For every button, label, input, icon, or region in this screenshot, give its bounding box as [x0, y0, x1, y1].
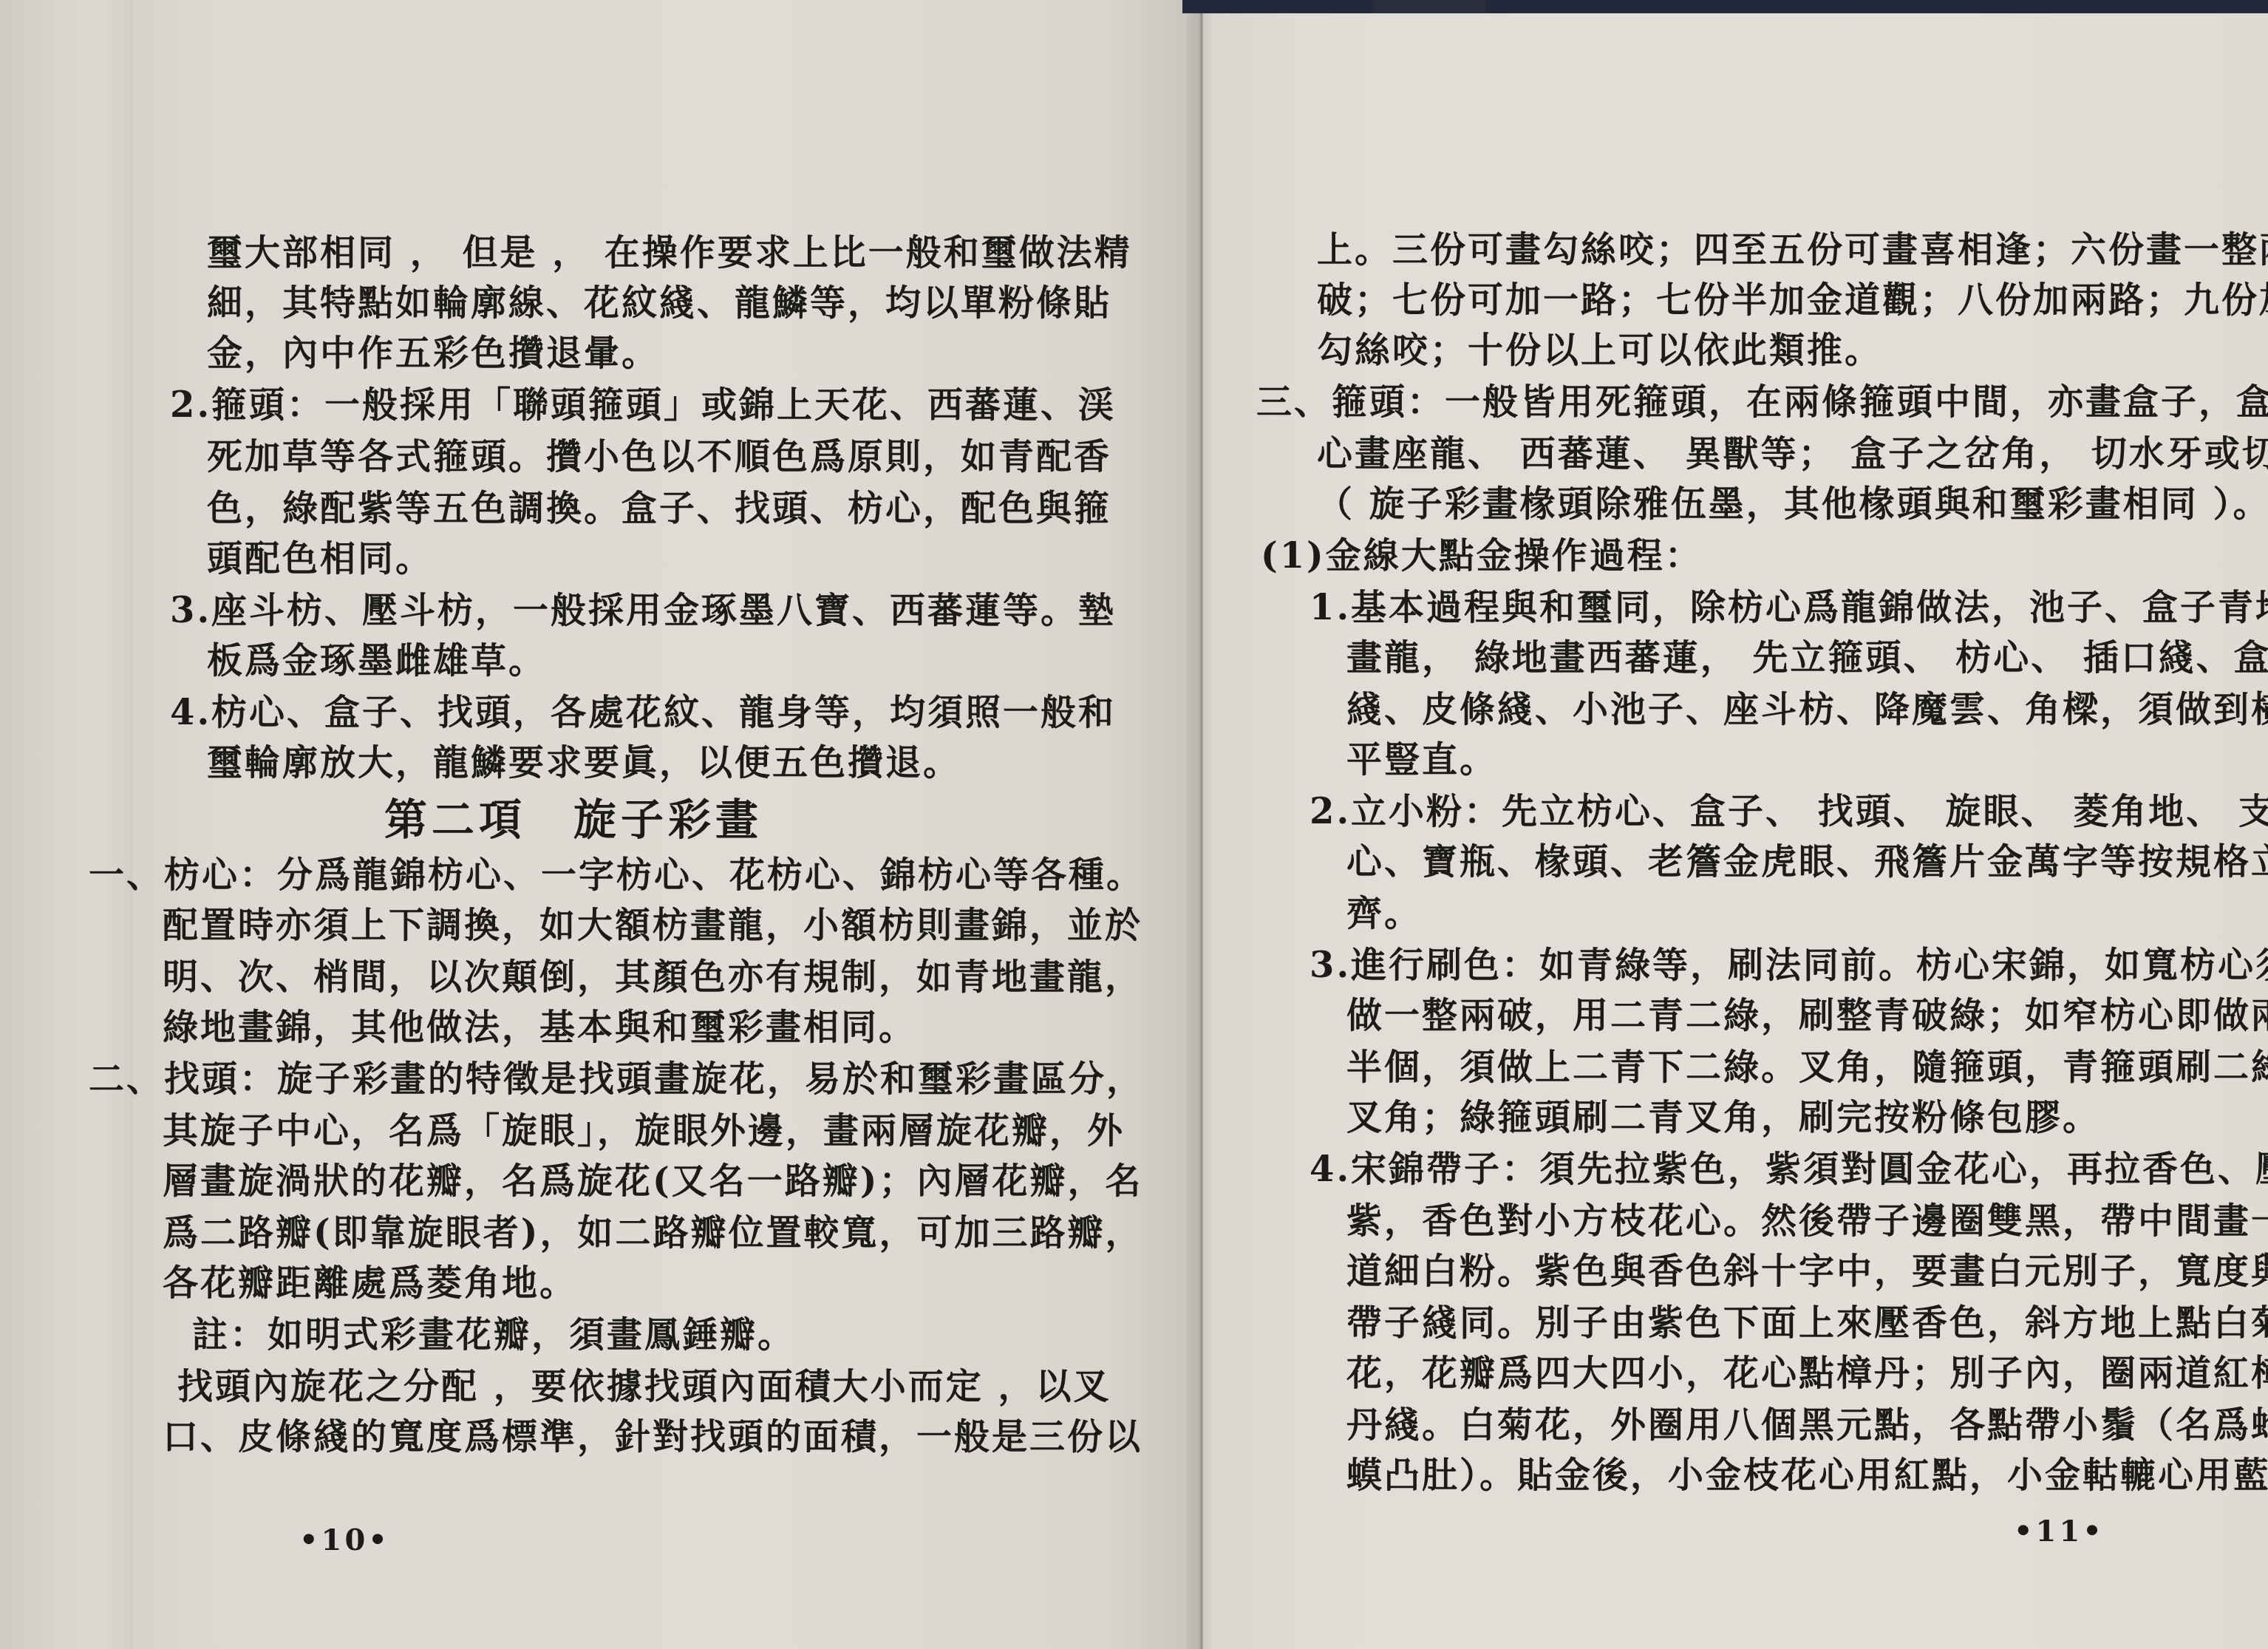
- text-line: 蟆凸肚）。貼金後，小金枝花心用紅點，小金軲轆心用藍: [1346, 1453, 2268, 1497]
- text-line: 半個，須做上二青下二綠。叉角，隨箍頭，青箍頭刷二綠: [1346, 1045, 2268, 1089]
- page-number-right: •11•: [2014, 1514, 2105, 1548]
- subsection-heading: (1)金線大點金操作過程：: [1261, 534, 1703, 578]
- page-number-left: •10•: [299, 1523, 390, 1557]
- list-item-4: 4.宋錦帶子：須先拉紫色，紫須對圓金花心，再拉香色、壓: [1310, 1147, 2268, 1191]
- text-line: 破；七份可加一路；七份半加金道觀；八份加兩路；九份加: [1317, 278, 2268, 322]
- text-line: 做一整兩破，用二青二綠，刷整青破綠；如窄枋心即做兩: [1346, 993, 2268, 1038]
- numbered-item-2: 二、找頭：旋子彩畫的特徵是找頭畫旋花，易於和璽彩畫區分，: [89, 1057, 1144, 1101]
- text-line: 其旋子中心，名爲「旋眼」，旋眼外邊，畫兩層旋花瓣，外: [163, 1109, 1125, 1153]
- text-line: 明、次、梢間，以次顛倒，其顏色亦有規制，如青地畫龍，: [163, 955, 1142, 999]
- text-line: 丹綫。白菊花，外圈用八個黑元點，各點帶小鬚（名爲蛤: [1346, 1403, 2268, 1447]
- text-line: 璽大部相同 ， 但是 ， 在操作要求上比一般和璽做法精: [207, 231, 1132, 275]
- text-line: 畫龍， 綠地畫西蕃蓮， 先立箍頭、 枋心、 插口綫、盒子: [1346, 636, 2268, 680]
- text-line: 層畫旋渦狀的花瓣，名爲旋花(又名一路瓣)；內層花瓣，名: [163, 1159, 1142, 1203]
- note-line: 註：如明式彩畫花瓣，須畫鳳錘瓣。: [192, 1313, 795, 1357]
- text-line: 頭配色相同。: [207, 537, 433, 581]
- text-line: 帶子綫同。別子由紫色下面上來壓香色，斜方地上點白菊: [1346, 1301, 2268, 1345]
- list-item-2: 2.立小粉：先立枋心、盒子、 找頭、 旋眼、 菱角地、 支花: [1310, 789, 2268, 834]
- cover-edge: [1485, 0, 2268, 13]
- right-page: 上。三份可畫勾絲咬；四至五份可畫喜相逢；六份畫一整兩 破；七份可加一路；七份半加…: [1212, 13, 2268, 1649]
- text-line: 上。三份可畫勾絲咬；四至五份可畫喜相逢；六份畫一整兩: [1317, 228, 2268, 272]
- text-line: 配置時亦須上下調換，如大額枋畫龍，小額枋則畫錦，並於: [163, 903, 1142, 948]
- list-item-1: 1.基本過程與和璽同，除枋心爲龍錦做法，池子、盒子青地: [1310, 585, 2268, 630]
- text-line: 找頭內旋花之分配 ，要依據找頭內面積大小而定 ，以叉: [177, 1364, 1111, 1409]
- text-line: 口、皮條綫的寬度爲標準，針對找頭的面積，一般是三份以: [163, 1415, 1142, 1459]
- list-item-3: 3.進行刷色：如青綠等，刷法同前。枋心宋錦，如寬枋心須: [1310, 943, 2268, 987]
- text-line: 平豎直。: [1346, 738, 1497, 782]
- text-line: （ 旋子彩畫椽頭除雅伍墨，其他椽頭與和璽彩畫相同 ）。: [1317, 482, 2268, 526]
- text-line: 色，綠配紫等五色調換。盒子、找頭、枋心，配色與箍: [207, 486, 1111, 531]
- text-line: 花，花瓣爲四大四小，花心點樟丹；別子內，圈兩道紅樟: [1346, 1351, 2268, 1395]
- section-title: 第二項 旋子彩畫: [384, 794, 763, 846]
- text-line: 齊。: [1346, 891, 1422, 936]
- text-line: 死加草等各式箍頭。攢小色以不順色爲原則，如青配香: [207, 435, 1111, 479]
- list-item-3: 3.座斗枋、壓斗枋，一般採用金琢墨八寶、西蕃蓮等。墊: [170, 588, 1116, 633]
- text-line: 叉角；綠箍頭刷二青叉角，刷完按粉條包膠。: [1346, 1095, 2100, 1140]
- text-line: 細，其特點如輪廓線、花紋綫、龍鱗等，均以單粉條貼: [207, 281, 1111, 325]
- text-line: 紫，香色對小方枝花心。然後帶子邊圈雙黑，帶中間畫一: [1346, 1199, 2268, 1243]
- page-edges-stack: [0, 0, 140, 1649]
- text-line: 綠地畫錦，其他做法，基本與和璽彩畫相同。: [163, 1005, 916, 1050]
- text-line: 璽輪廓放大，龍鱗要求要眞，以便五色攢退。: [207, 741, 961, 785]
- text-line: 綫、皮條綫、小池子、座斗枋、降魔雲、角樑，須做到橫: [1346, 687, 2268, 732]
- text-line: 道細白粉。紫色與香色斜十字中，要畫白元別子，寬度與: [1346, 1249, 2268, 1293]
- text-line: 爲二路瓣(即靠旋眼者)，如二路瓣位置較寬，可加三路瓣，: [163, 1211, 1142, 1255]
- text-line: 板爲金琢墨雌雄草。: [207, 639, 546, 683]
- cover-edge: [1182, 0, 1375, 13]
- numbered-item-3: 三、箍頭：一般皆用死箍頭，在兩條箍頭中間，亦畫盒子，盒子: [1256, 380, 2268, 424]
- text-line: 勾絲咬；十份以上可以依此類推。: [1317, 328, 1882, 373]
- left-page: 璽大部相同 ， 但是 ， 在操作要求上比一般和璽做法精 細，其特點如輪廓線、花紋…: [133, 0, 1191, 1649]
- text-line: 金，內中作五彩色攢退暈。: [207, 331, 659, 375]
- list-item-2: 2.箍頭：一般採用「聯頭箍頭」或錦上天花、西蕃蓮、渓: [170, 383, 1116, 427]
- text-line: 各花瓣距離處爲菱角地。: [163, 1261, 577, 1305]
- list-item-4: 4.枋心、盒子、找頭，各處花紋、龍身等，均須照一般和: [170, 690, 1116, 735]
- book-gutter: [1186, 0, 1216, 1649]
- text-line: 心畫座龍、 西蕃蓮、 異獸等； 盒子之岔角， 切水牙或切草: [1317, 432, 2268, 476]
- text-line: 心、寶瓶、椽頭、老簷金虎眼、飛簷片金萬字等按規格立: [1346, 840, 2268, 884]
- numbered-item-1: 一、枋心：分爲龍錦枋心、一字枋心、花枋心、錦枋心等各種。: [89, 853, 1144, 897]
